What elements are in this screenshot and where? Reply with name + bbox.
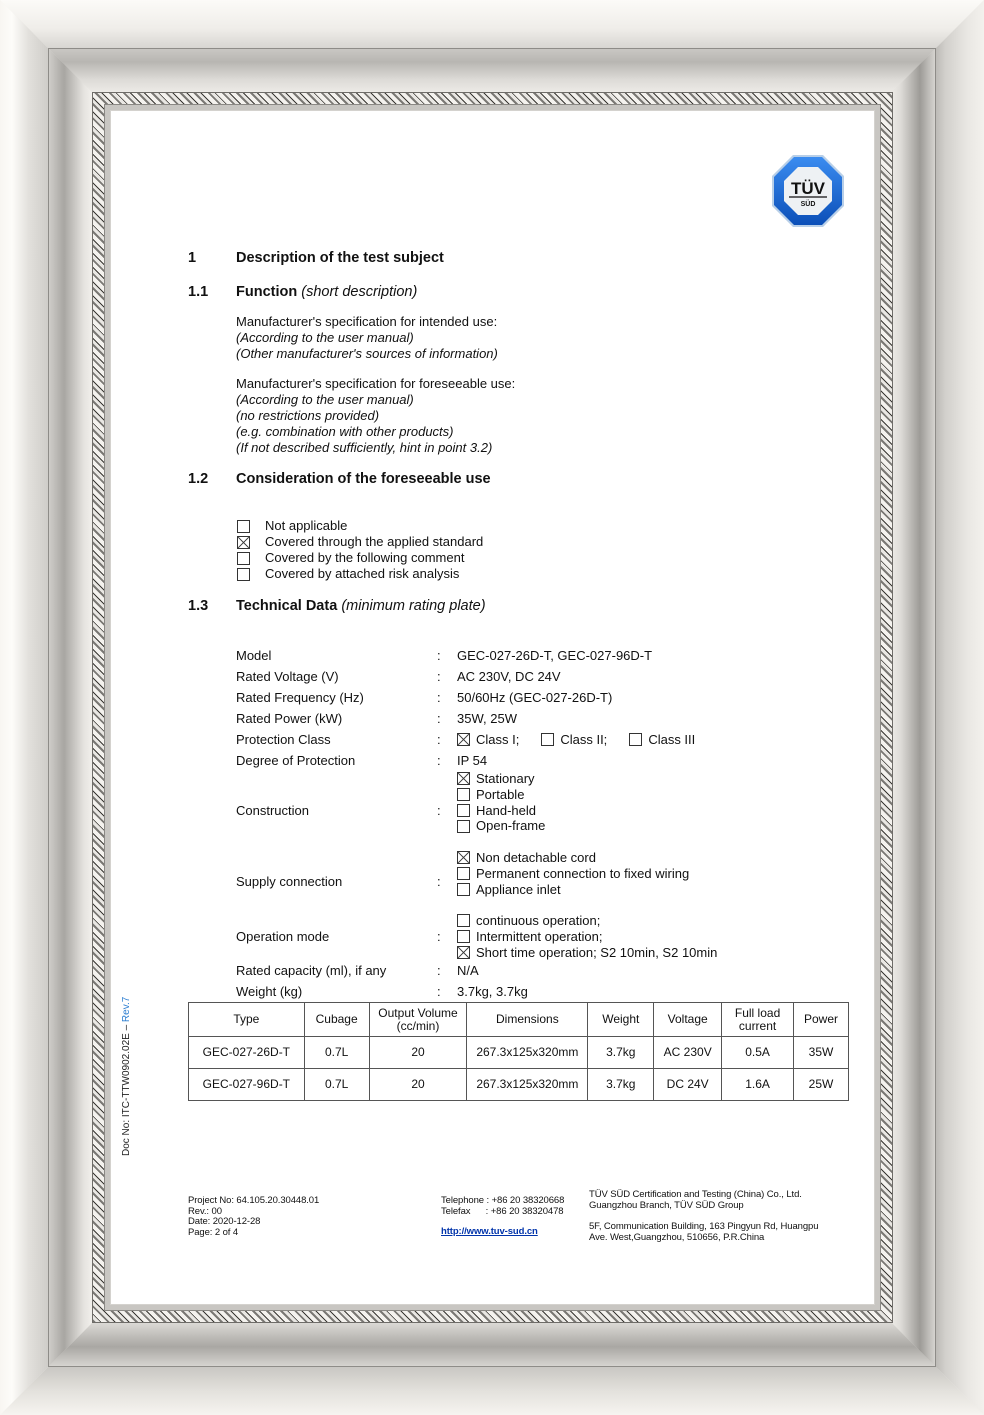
section-1-3-number: 1.3 bbox=[188, 598, 208, 614]
colon: : bbox=[437, 963, 441, 978]
table-cell: GEC-027-96D-T bbox=[189, 1069, 305, 1101]
operation-mode-label: Operation mode bbox=[236, 929, 329, 944]
table-cell: DC 24V bbox=[654, 1069, 722, 1101]
option-label: Class III bbox=[648, 732, 695, 747]
table-row: GEC-027-96D-T0.7L20267.3x125x320mm3.7kgD… bbox=[189, 1069, 849, 1101]
column-header: Weight bbox=[588, 1003, 654, 1037]
checkbox[interactable] bbox=[457, 772, 470, 785]
option-stationary: Stationary bbox=[457, 771, 545, 787]
checkbox[interactable] bbox=[237, 520, 250, 533]
checkbox[interactable] bbox=[457, 733, 470, 746]
rated-power-label: Rated Power (kW) bbox=[236, 711, 342, 726]
option-label: Covered by attached risk analysis bbox=[265, 566, 459, 582]
company-branch: Guangzhou Branch, TÜV SÜD Group bbox=[589, 1201, 818, 1212]
document-page bbox=[110, 110, 875, 1305]
colon: : bbox=[437, 803, 441, 818]
column-header: Type bbox=[189, 1003, 305, 1037]
foreseeable-note: (e.g. combination with other products) bbox=[236, 424, 515, 440]
option-class-1: Class I; bbox=[457, 732, 519, 747]
checkbox[interactable] bbox=[457, 914, 470, 927]
technical-data-title: Technical Data bbox=[236, 598, 337, 614]
column-header: Dimensions bbox=[467, 1003, 588, 1037]
function-subtitle: (short description) bbox=[301, 284, 417, 300]
checkbox[interactable] bbox=[457, 788, 470, 801]
section-1-1-title: Function (short description) bbox=[236, 284, 417, 300]
footer-contact: Telephone : +86 20 38320668 Telefax : +8… bbox=[441, 1196, 564, 1238]
rated-voltage-value: AC 230V, DC 24V bbox=[457, 669, 561, 684]
rated-frequency-label: Rated Frequency (Hz) bbox=[236, 690, 364, 705]
option-class-3: Class III bbox=[629, 732, 695, 747]
technical-data-subtitle: (minimum rating plate) bbox=[341, 598, 485, 614]
supply-connection-label: Supply connection bbox=[236, 874, 342, 889]
bevel-top bbox=[49, 49, 935, 92]
checkbox[interactable] bbox=[457, 883, 470, 896]
telefax: Telefax : +86 20 38320478 bbox=[441, 1207, 564, 1218]
option-hand-held: Hand-held bbox=[457, 803, 545, 819]
frame-bottom bbox=[0, 1367, 984, 1415]
table-cell: 20 bbox=[369, 1037, 467, 1069]
rated-frequency-value: 50/60Hz (GEC-027-26D-T) bbox=[457, 690, 612, 705]
column-header: Cubage bbox=[304, 1003, 369, 1037]
table-cell: GEC-027-26D-T bbox=[189, 1037, 305, 1069]
checkbox[interactable] bbox=[457, 946, 470, 959]
table-row: GEC-027-26D-T0.7L20267.3x125x320mm3.7kgA… bbox=[189, 1037, 849, 1069]
option-intermittent: Intermittent operation; bbox=[457, 929, 717, 945]
website-link[interactable]: http://www.tuv-sud.cn bbox=[441, 1226, 538, 1237]
table-cell: 0.7L bbox=[304, 1069, 369, 1101]
weight-value: 3.7kg, 3.7kg bbox=[457, 984, 528, 999]
function-title: Function bbox=[236, 284, 297, 300]
frame-top bbox=[0, 0, 984, 48]
option-label: Not applicable bbox=[265, 518, 347, 534]
option-label: Covered through the applied standard bbox=[265, 534, 483, 550]
table-cell: AC 230V bbox=[654, 1037, 722, 1069]
document-number: Doc No: ITC-TTW0902.02E – Rev.7 bbox=[121, 997, 132, 1156]
option-not-applicable: Not applicable bbox=[237, 518, 483, 534]
page-number: Page: 2 of 4 bbox=[188, 1228, 319, 1239]
doc-revision: Rev.7 bbox=[121, 997, 132, 1022]
construction-options: Stationary Portable Hand-held Open-frame bbox=[457, 771, 545, 834]
colon: : bbox=[437, 929, 441, 944]
foreseeable-use-block: Manufacturer's specification for foresee… bbox=[236, 376, 515, 456]
table-cell: 267.3x125x320mm bbox=[467, 1069, 588, 1101]
option-class-2: Class II; bbox=[541, 732, 607, 747]
project-number: Project No: 64.105.20.30448.01 bbox=[188, 1196, 319, 1207]
option-label: Class I; bbox=[476, 732, 519, 747]
column-header: Output Volume (cc/min) bbox=[369, 1003, 467, 1037]
footer-company: TÜV SÜD Certification and Testing (China… bbox=[589, 1190, 818, 1243]
company-address: 5F, Communication Building, 163 Pingyun … bbox=[589, 1222, 818, 1233]
foreseeable-note: (According to the user manual) bbox=[236, 392, 515, 408]
table-cell: 3.7kg bbox=[588, 1037, 654, 1069]
table-cell: 3.7kg bbox=[588, 1069, 654, 1101]
option-label: Permanent connection to fixed wiring bbox=[476, 866, 689, 882]
option-non-detachable-cord: Non detachable cord bbox=[457, 850, 689, 866]
column-header: Power bbox=[794, 1003, 849, 1037]
section-1-title: Description of the test subject bbox=[236, 250, 444, 266]
supply-connection-options: Non detachable cord Permanent connection… bbox=[457, 850, 689, 897]
section-1-2-number: 1.2 bbox=[188, 471, 208, 487]
rated-capacity-value: N/A bbox=[457, 963, 479, 978]
checkbox[interactable] bbox=[237, 568, 250, 581]
option-label: Hand-held bbox=[476, 803, 536, 819]
frame-right bbox=[936, 0, 984, 1415]
colon: : bbox=[437, 669, 441, 684]
foreseeable-use-options: Not applicable Covered through the appli… bbox=[237, 518, 483, 582]
spec-table: TypeCubageOutput Volume (cc/min)Dimensio… bbox=[188, 1002, 849, 1101]
bevel-left bbox=[49, 49, 92, 1366]
doc-no: Doc No: ITC-TTW0902.02E – bbox=[121, 1022, 132, 1156]
protection-class-options: Class I; Class II; Class III bbox=[457, 732, 717, 747]
date: Date: 2020-12-28 bbox=[188, 1217, 319, 1228]
tuv-sud-logo-icon: TÜV SÜD bbox=[771, 154, 845, 228]
foreseeable-note: (no restrictions provided) bbox=[236, 408, 515, 424]
section-1-1-number: 1.1 bbox=[188, 284, 208, 300]
table-cell: 267.3x125x320mm bbox=[467, 1037, 588, 1069]
option-label: Non detachable cord bbox=[476, 850, 596, 866]
telephone: Telephone : +86 20 38320668 bbox=[441, 1196, 564, 1207]
option-applied-standard: Covered through the applied standard bbox=[237, 534, 483, 550]
checkbox[interactable] bbox=[237, 552, 250, 565]
svg-text:SÜD: SÜD bbox=[801, 199, 816, 208]
company-name: TÜV SÜD Certification and Testing (China… bbox=[589, 1190, 818, 1201]
footer-project-info: Project No: 64.105.20.30448.01 Rev.: 00 … bbox=[188, 1196, 319, 1238]
checkbox[interactable] bbox=[237, 536, 250, 549]
option-open-frame: Open-frame bbox=[457, 818, 545, 834]
option-label: Short time operation; S2 10min, S2 10min bbox=[476, 945, 717, 961]
company-address: Ave. West,Guangzhou, 510656, P.R.China bbox=[589, 1233, 818, 1244]
intended-note: (Other manufacturer's sources of informa… bbox=[236, 346, 498, 362]
protection-class-label: Protection Class bbox=[236, 732, 331, 747]
intended-note: (According to the user manual) bbox=[236, 330, 498, 346]
operation-mode-options: continuous operation; Intermittent opera… bbox=[457, 913, 717, 960]
intended-use-block: Manufacturer's specification for intende… bbox=[236, 314, 498, 362]
intended-use-heading: Manufacturer's specification for intende… bbox=[236, 314, 498, 330]
table-cell: 0.5A bbox=[722, 1037, 794, 1069]
bevel-right bbox=[892, 49, 935, 1366]
rated-capacity-label: Rated capacity (ml), if any bbox=[236, 963, 386, 978]
colon: : bbox=[437, 690, 441, 705]
bevel-bottom bbox=[49, 1323, 935, 1366]
checkbox[interactable] bbox=[457, 867, 470, 880]
table-cell: 35W bbox=[794, 1037, 849, 1069]
colon: : bbox=[437, 753, 441, 768]
option-label: Intermittent operation; bbox=[476, 929, 602, 945]
construction-label: Construction bbox=[236, 803, 309, 818]
table-cell: 0.7L bbox=[304, 1037, 369, 1069]
option-continuous: continuous operation; bbox=[457, 913, 717, 929]
svg-text:TÜV: TÜV bbox=[791, 179, 826, 198]
checkbox[interactable] bbox=[457, 804, 470, 817]
table-cell: 1.6A bbox=[722, 1069, 794, 1101]
table-header-row: TypeCubageOutput Volume (cc/min)Dimensio… bbox=[189, 1003, 849, 1037]
colon: : bbox=[437, 648, 441, 663]
degree-of-protection-value: IP 54 bbox=[457, 753, 487, 768]
colon: : bbox=[437, 711, 441, 726]
table-cell: 20 bbox=[369, 1069, 467, 1101]
foreseeable-use-heading: Manufacturer's specification for foresee… bbox=[236, 376, 515, 392]
table-cell: 25W bbox=[794, 1069, 849, 1101]
option-label: Class II; bbox=[560, 732, 607, 747]
option-short-time: Short time operation; S2 10min, S2 10min bbox=[457, 945, 717, 961]
section-1-number: 1 bbox=[188, 250, 196, 266]
checkbox[interactable] bbox=[457, 930, 470, 943]
option-following-comment: Covered by the following comment bbox=[237, 550, 483, 566]
section-1-2-title: Consideration of the foreseeable use bbox=[236, 471, 491, 487]
option-label: continuous operation; bbox=[476, 913, 600, 929]
option-label: Stationary bbox=[476, 771, 535, 787]
checkbox[interactable] bbox=[457, 851, 470, 864]
option-label: Open-frame bbox=[476, 818, 545, 834]
checkbox[interactable] bbox=[457, 820, 470, 833]
option-portable: Portable bbox=[457, 787, 545, 803]
option-permanent-connection: Permanent connection to fixed wiring bbox=[457, 866, 689, 882]
option-label: Covered by the following comment bbox=[265, 550, 464, 566]
section-1-3-title: Technical Data (minimum rating plate) bbox=[236, 598, 486, 614]
checkbox[interactable] bbox=[541, 733, 554, 746]
colon: : bbox=[437, 732, 441, 747]
option-label: Portable bbox=[476, 787, 524, 803]
option-appliance-inlet: Appliance inlet bbox=[457, 882, 689, 898]
rated-voltage-label: Rated Voltage (V) bbox=[236, 669, 339, 684]
rated-power-value: 35W, 25W bbox=[457, 711, 517, 726]
colon: : bbox=[437, 874, 441, 889]
colon: : bbox=[437, 984, 441, 999]
checkbox[interactable] bbox=[629, 733, 642, 746]
column-header: Full load current bbox=[722, 1003, 794, 1037]
foreseeable-note: (If not described sufficiently, hint in … bbox=[236, 440, 515, 456]
model-label: Model bbox=[236, 648, 271, 663]
degree-of-protection-label: Degree of Protection bbox=[236, 753, 355, 768]
option-risk-analysis: Covered by attached risk analysis bbox=[237, 566, 483, 582]
model-value: GEC-027-26D-T, GEC-027-96D-T bbox=[457, 648, 652, 663]
weight-label: Weight (kg) bbox=[236, 984, 302, 999]
column-header: Voltage bbox=[654, 1003, 722, 1037]
option-label: Appliance inlet bbox=[476, 882, 561, 898]
frame-left bbox=[0, 0, 48, 1415]
